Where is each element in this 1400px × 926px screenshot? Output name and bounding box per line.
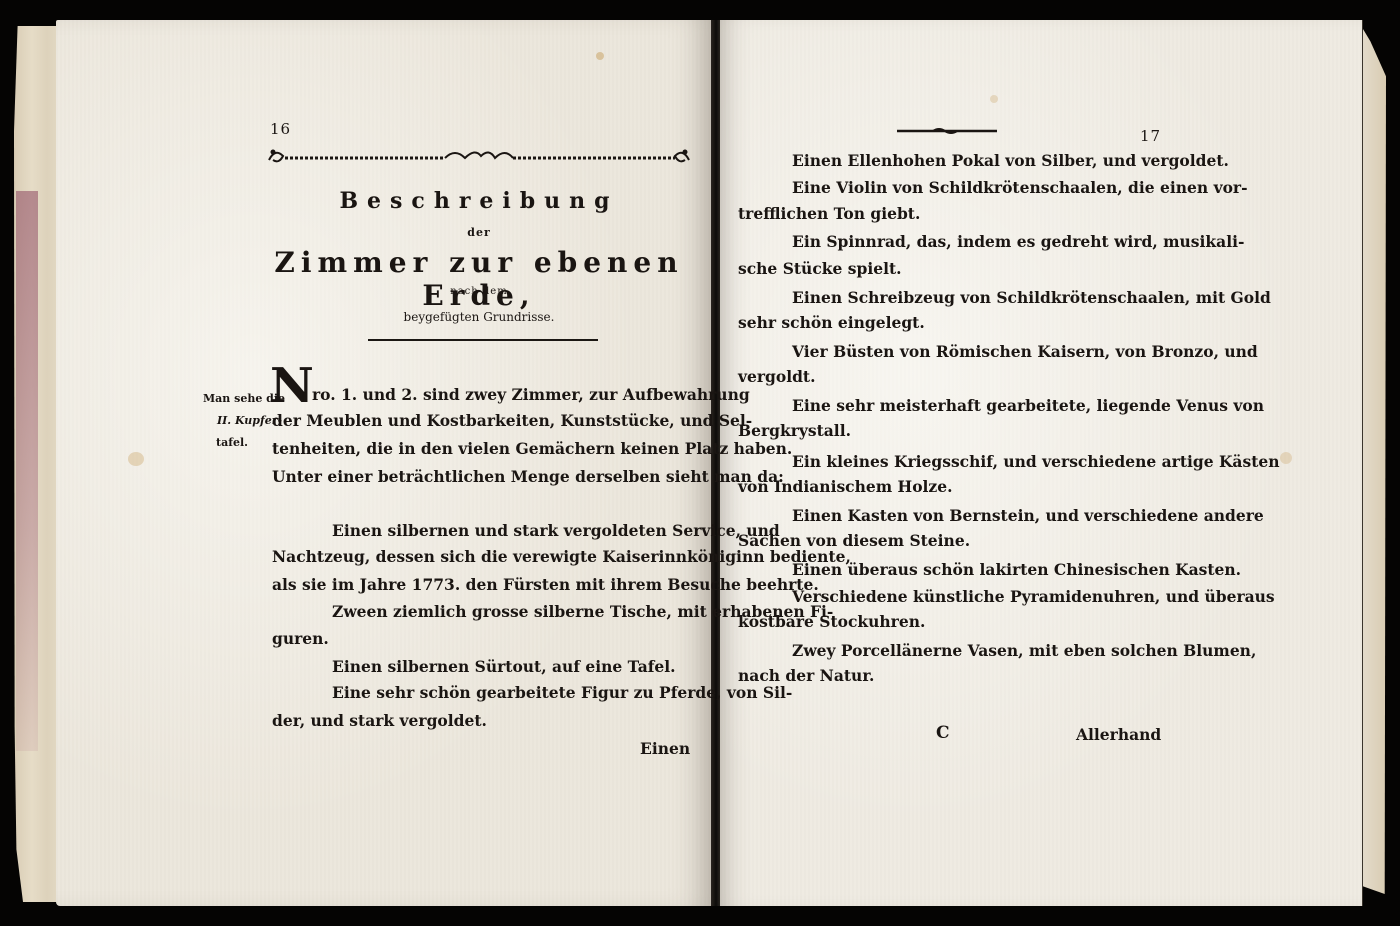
- title-rule-divider: [368, 339, 598, 341]
- page-number-right: 17: [1140, 127, 1161, 145]
- text-line: der, und stark vergoldet.: [272, 708, 487, 734]
- text-line: Vier Büsten von Römischen Kaisern, von B…: [792, 339, 1155, 365]
- text-line: Bergkrystall.: [738, 418, 851, 444]
- catchword: Einen: [640, 736, 690, 762]
- text-line: sehr schön eingelegt.: [738, 310, 925, 336]
- text-line: Zween ziemlich grosse silberne Tische, m…: [332, 599, 692, 625]
- text-line: Einen Schreibzeug von Schildkrötenschaal…: [792, 285, 1155, 311]
- text-line: Verschiedene künstliche Pyramidenuhren, …: [792, 584, 1155, 610]
- text-line: Einen silbernen und stark vergoldeten Se…: [332, 518, 692, 544]
- text-line: Einen Kasten von Bernstein, und verschie…: [792, 503, 1155, 529]
- text-line: kostbare Stockuhren.: [738, 609, 925, 635]
- heading-subtitle: beygefügten Grundrisse.: [265, 310, 693, 324]
- text-line: Unter einer beträchtlichen Menge derselb…: [272, 464, 784, 490]
- text-line: nach der Natur.: [738, 663, 874, 689]
- foxing-spot: [596, 52, 604, 60]
- text-line: ro. 1. und 2. sind zwey Zimmer, zur Aufb…: [312, 382, 692, 408]
- text-line: sche Stücke spielt.: [738, 256, 902, 282]
- text-line: Einen Ellenhohen Pokal von Silber, und v…: [792, 148, 1229, 174]
- book-spread: 16 Beschreibung der Zimmer zur ebenen Er…: [0, 0, 1400, 926]
- text-line: Einen silbernen Sürtout, auf eine Tafel.: [332, 654, 676, 680]
- text-line: Ein kleines Kriegsschif, und verschieden…: [792, 449, 1155, 475]
- heading-beschreibung: Beschreibung: [265, 188, 693, 214]
- foxing-spot: [1280, 452, 1292, 464]
- foxing-spot: [990, 95, 998, 103]
- heading-nach-dem: nach dem: [265, 286, 693, 297]
- drop-cap: N: [270, 366, 314, 406]
- signature-mark: C: [936, 720, 950, 746]
- text-line: Zwey Porcellänerne Vasen, mit eben solch…: [792, 638, 1155, 664]
- text-line: tenheiten, die in den vielen Gemächern k…: [272, 436, 692, 462]
- text-line: Eine Violin von Schildkrötenschaalen, di…: [792, 175, 1155, 201]
- text-line: von Indianischem Holze.: [738, 474, 952, 500]
- stacked-page-edges-right: [1360, 24, 1386, 894]
- margin-note-line: tafel.: [216, 430, 248, 456]
- text-line: Ein Spinnrad, das, indem es gedreht wird…: [792, 229, 1155, 255]
- text-line: guren.: [272, 626, 329, 652]
- text-line: als sie im Jahre 1773. den Fürsten mit i…: [272, 572, 692, 598]
- page-number-left: 16: [270, 120, 291, 138]
- text-line: vergoldt.: [738, 364, 816, 390]
- text-line: Eine sehr schön gearbeitete Figur zu Pfe…: [332, 680, 692, 706]
- ornament-border-icon: [265, 146, 693, 168]
- text-line: trefflichen Ton giebt.: [738, 201, 920, 227]
- text-line: Einen überaus schön lakirten Chinesische…: [792, 557, 1241, 583]
- ornament-rule-icon: [897, 127, 997, 135]
- stain-mark: [16, 191, 38, 751]
- text-line: Sachen von diesem Steine.: [738, 528, 970, 554]
- catchword: Allerhand: [1076, 722, 1161, 748]
- foxing-spot: [128, 452, 144, 466]
- text-line: Nachtzeug, dessen sich die verewigte Kai…: [272, 544, 692, 570]
- heading-der: der: [265, 226, 693, 239]
- text-line: Eine sehr meisterhaft gearbeitete, liege…: [792, 393, 1155, 419]
- heading-main-title: Zimmer zur ebenen Erde,: [265, 246, 693, 312]
- text-line: der Meublen und Kostbarkeiten, Kunststüc…: [272, 408, 692, 434]
